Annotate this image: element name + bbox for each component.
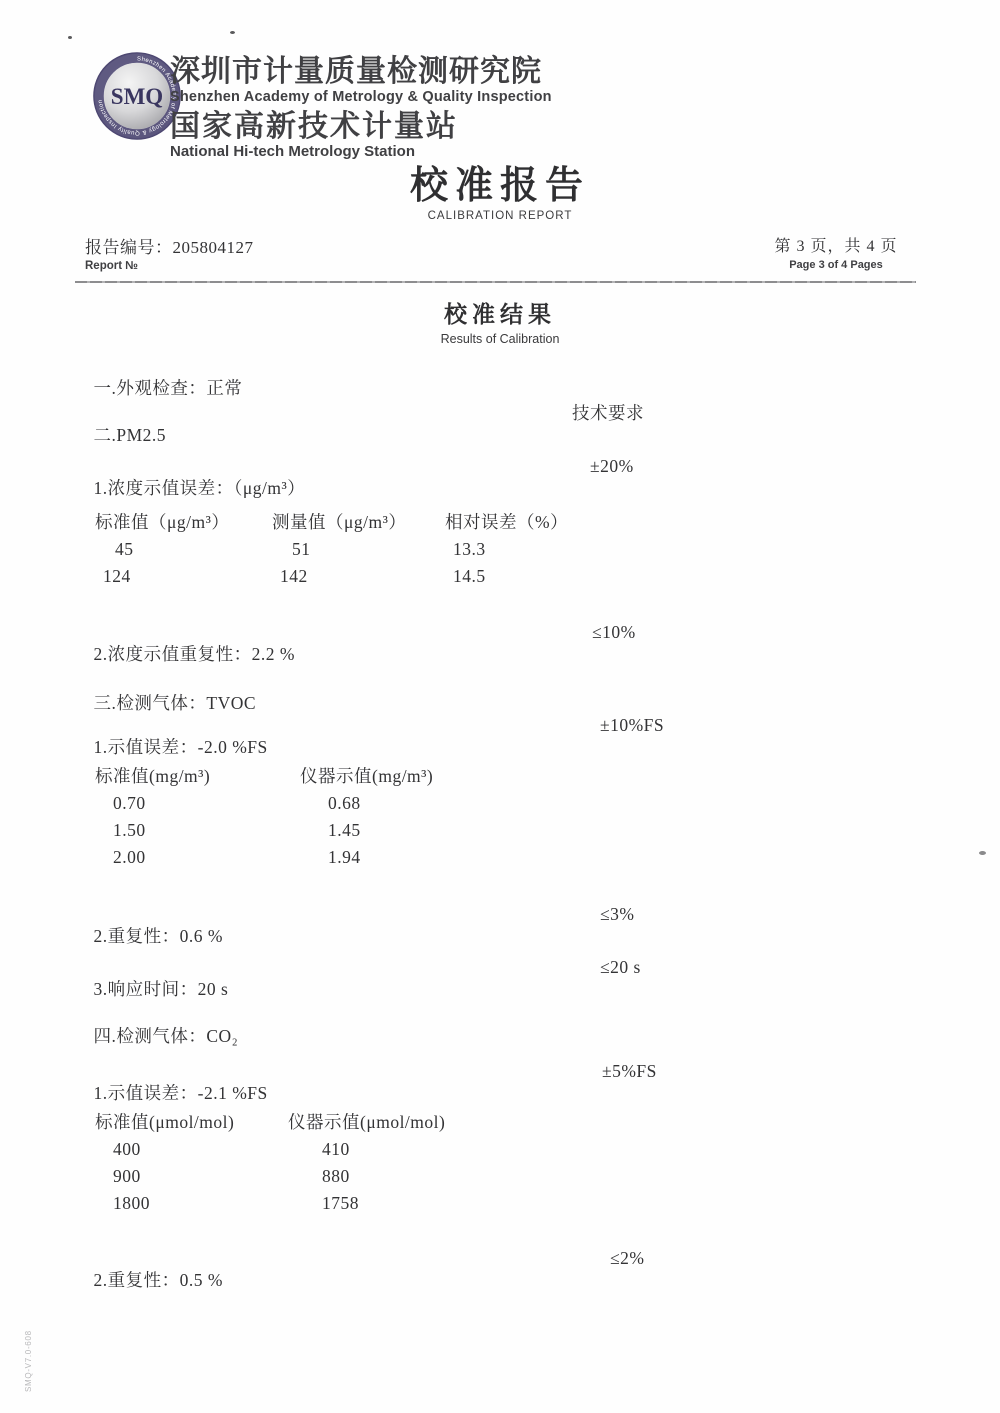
tvoc-results-table: 标准值(mg/m³) 仪器示值(mg/m³) 0.70 0.68 1.50 1.… bbox=[95, 766, 530, 867]
pm25-cell: 124 bbox=[95, 566, 272, 586]
co2-heading-text: 四.检测气体：CO₂ bbox=[94, 1026, 239, 1046]
tvoc-repeat-requirement: ≤3% bbox=[600, 903, 634, 925]
co2-repeat-requirement: ≤2% bbox=[610, 1247, 644, 1269]
co2-results-table: 标准值(μmol/mol) 仪器示值(μmol/mol) 400 410 900… bbox=[95, 1112, 518, 1213]
tvoc-cell: 1.50 bbox=[95, 820, 300, 840]
pm25-header-measured: 测量值（μg/m³） bbox=[272, 512, 445, 532]
pm25-heading-text: 二.PM2.5 bbox=[94, 425, 167, 445]
header-divider bbox=[75, 281, 916, 283]
tvoc-cell: 2.00 bbox=[95, 847, 300, 867]
tvoc-response-label: 3.响应时间：20 s bbox=[94, 979, 229, 999]
scan-speck bbox=[230, 31, 235, 34]
station-name-cn: 国家高新技术计量站 bbox=[170, 110, 552, 144]
section-heading-en: Results of Calibration bbox=[0, 332, 1000, 346]
co2-repeat-label: 2.重复性：0.5 % bbox=[94, 1270, 223, 1290]
pm25-header-standard: 标准值（μg/m³） bbox=[95, 512, 272, 532]
header-organization-block: 深圳市计量质量检测研究院 Shenzhen Academy of Metrolo… bbox=[170, 55, 552, 161]
pm25-repeat-label: 2.浓度示值重复性：2.2 % bbox=[94, 644, 295, 664]
tvoc-cell: 1.45 bbox=[300, 820, 530, 840]
page-indicator-block: 第 3 页，共 4 页 Page 3 of 4 Pages bbox=[766, 233, 906, 271]
tvoc-error-requirement: ±10%FS bbox=[600, 714, 664, 736]
pm25-repeat-requirement: ≤10% bbox=[592, 621, 636, 643]
report-number: 报告编号：205804127 bbox=[85, 233, 254, 258]
smq-seal-logo-icon: Shenzhen Academy of Metrology & Quality … bbox=[93, 52, 181, 140]
pm25-cell: 142 bbox=[272, 566, 445, 586]
pm25-header-rel-error: 相对误差（%） bbox=[445, 512, 625, 532]
form-code-vertical: SMQ-V7.0-608 bbox=[24, 1330, 33, 1392]
result-line-co2-repeat: 2.重复性：0.5 % ≤2% bbox=[0, 1247, 1000, 1335]
co2-cell: 880 bbox=[288, 1166, 518, 1186]
co2-header-indicated: 仪器示值(μmol/mol) bbox=[288, 1112, 518, 1132]
co2-error-label: 1.示值误差：-2.1 %FS bbox=[94, 1083, 268, 1103]
co2-cell: 400 bbox=[95, 1139, 288, 1159]
pm25-results-table: 标准值（μg/m³） 测量值（μg/m³） 相对误差（%） 45 51 13.3… bbox=[95, 512, 625, 586]
tvoc-header-indicated: 仪器示值(mg/m³) bbox=[300, 766, 530, 786]
pm25-error-requirement: ±20% bbox=[590, 455, 634, 477]
org-name-en: Shenzhen Academy of Metrology & Quality … bbox=[170, 90, 552, 106]
document-title-block: 校准报告 CALIBRATION REPORT bbox=[0, 166, 1000, 222]
pm25-cell: 45 bbox=[95, 539, 272, 559]
pm25-error-label: 1.浓度示值误差：（μg/m³） bbox=[94, 478, 306, 498]
scan-speck bbox=[68, 36, 72, 39]
pm25-cell: 14.5 bbox=[445, 566, 625, 586]
org-name-cn: 深圳市计量质量检测研究院 bbox=[170, 55, 552, 89]
pm25-cell: 51 bbox=[272, 539, 445, 559]
report-number-caption: Report № bbox=[85, 260, 254, 272]
tvoc-cell: 0.70 bbox=[95, 793, 300, 813]
co2-header-standard: 标准值(μmol/mol) bbox=[95, 1112, 288, 1132]
pm25-cell: 13.3 bbox=[445, 539, 625, 559]
tvoc-cell: 1.94 bbox=[300, 847, 530, 867]
document-title-cn: 校准报告 bbox=[0, 166, 1000, 208]
section-heading-cn: 校准结果 bbox=[0, 296, 1000, 329]
tvoc-header-standard: 标准值(mg/m³) bbox=[95, 766, 300, 786]
tvoc-cell: 0.68 bbox=[300, 793, 530, 813]
appearance-check-text: 一.外观检查：正常 bbox=[94, 378, 243, 398]
logo-monogram: SMQ bbox=[111, 84, 163, 109]
station-name-en: National Hi-tech Metrology Station bbox=[170, 144, 552, 161]
co2-cell: 1800 bbox=[95, 1193, 288, 1213]
calibration-report-page: Shenzhen Academy of Metrology & Quality … bbox=[0, 0, 1000, 1413]
co2-cell: 1758 bbox=[288, 1193, 518, 1213]
section-heading-block: 校准结果 Results of Calibration bbox=[0, 296, 1000, 346]
co2-error-requirement: ±5%FS bbox=[602, 1060, 657, 1082]
tvoc-heading-text: 三.检测气体：TVOC bbox=[94, 693, 257, 713]
page-indicator-en: Page 3 of 4 Pages bbox=[766, 259, 906, 271]
requirements-column-header: 技术要求 bbox=[572, 402, 644, 424]
page-indicator-cn: 第 3 页，共 4 页 bbox=[766, 233, 906, 256]
co2-cell: 410 bbox=[288, 1139, 518, 1159]
report-number-block: 报告编号：205804127 Report № bbox=[85, 233, 254, 272]
tvoc-response-requirement: ≤20 s bbox=[600, 956, 641, 978]
tvoc-error-label: 1.示值误差：-2.0 %FS bbox=[94, 737, 268, 757]
scan-speck bbox=[979, 851, 986, 855]
document-title-en: CALIBRATION REPORT bbox=[0, 210, 1000, 222]
tvoc-repeat-label: 2.重复性：0.6 % bbox=[94, 926, 223, 946]
co2-cell: 900 bbox=[95, 1166, 288, 1186]
